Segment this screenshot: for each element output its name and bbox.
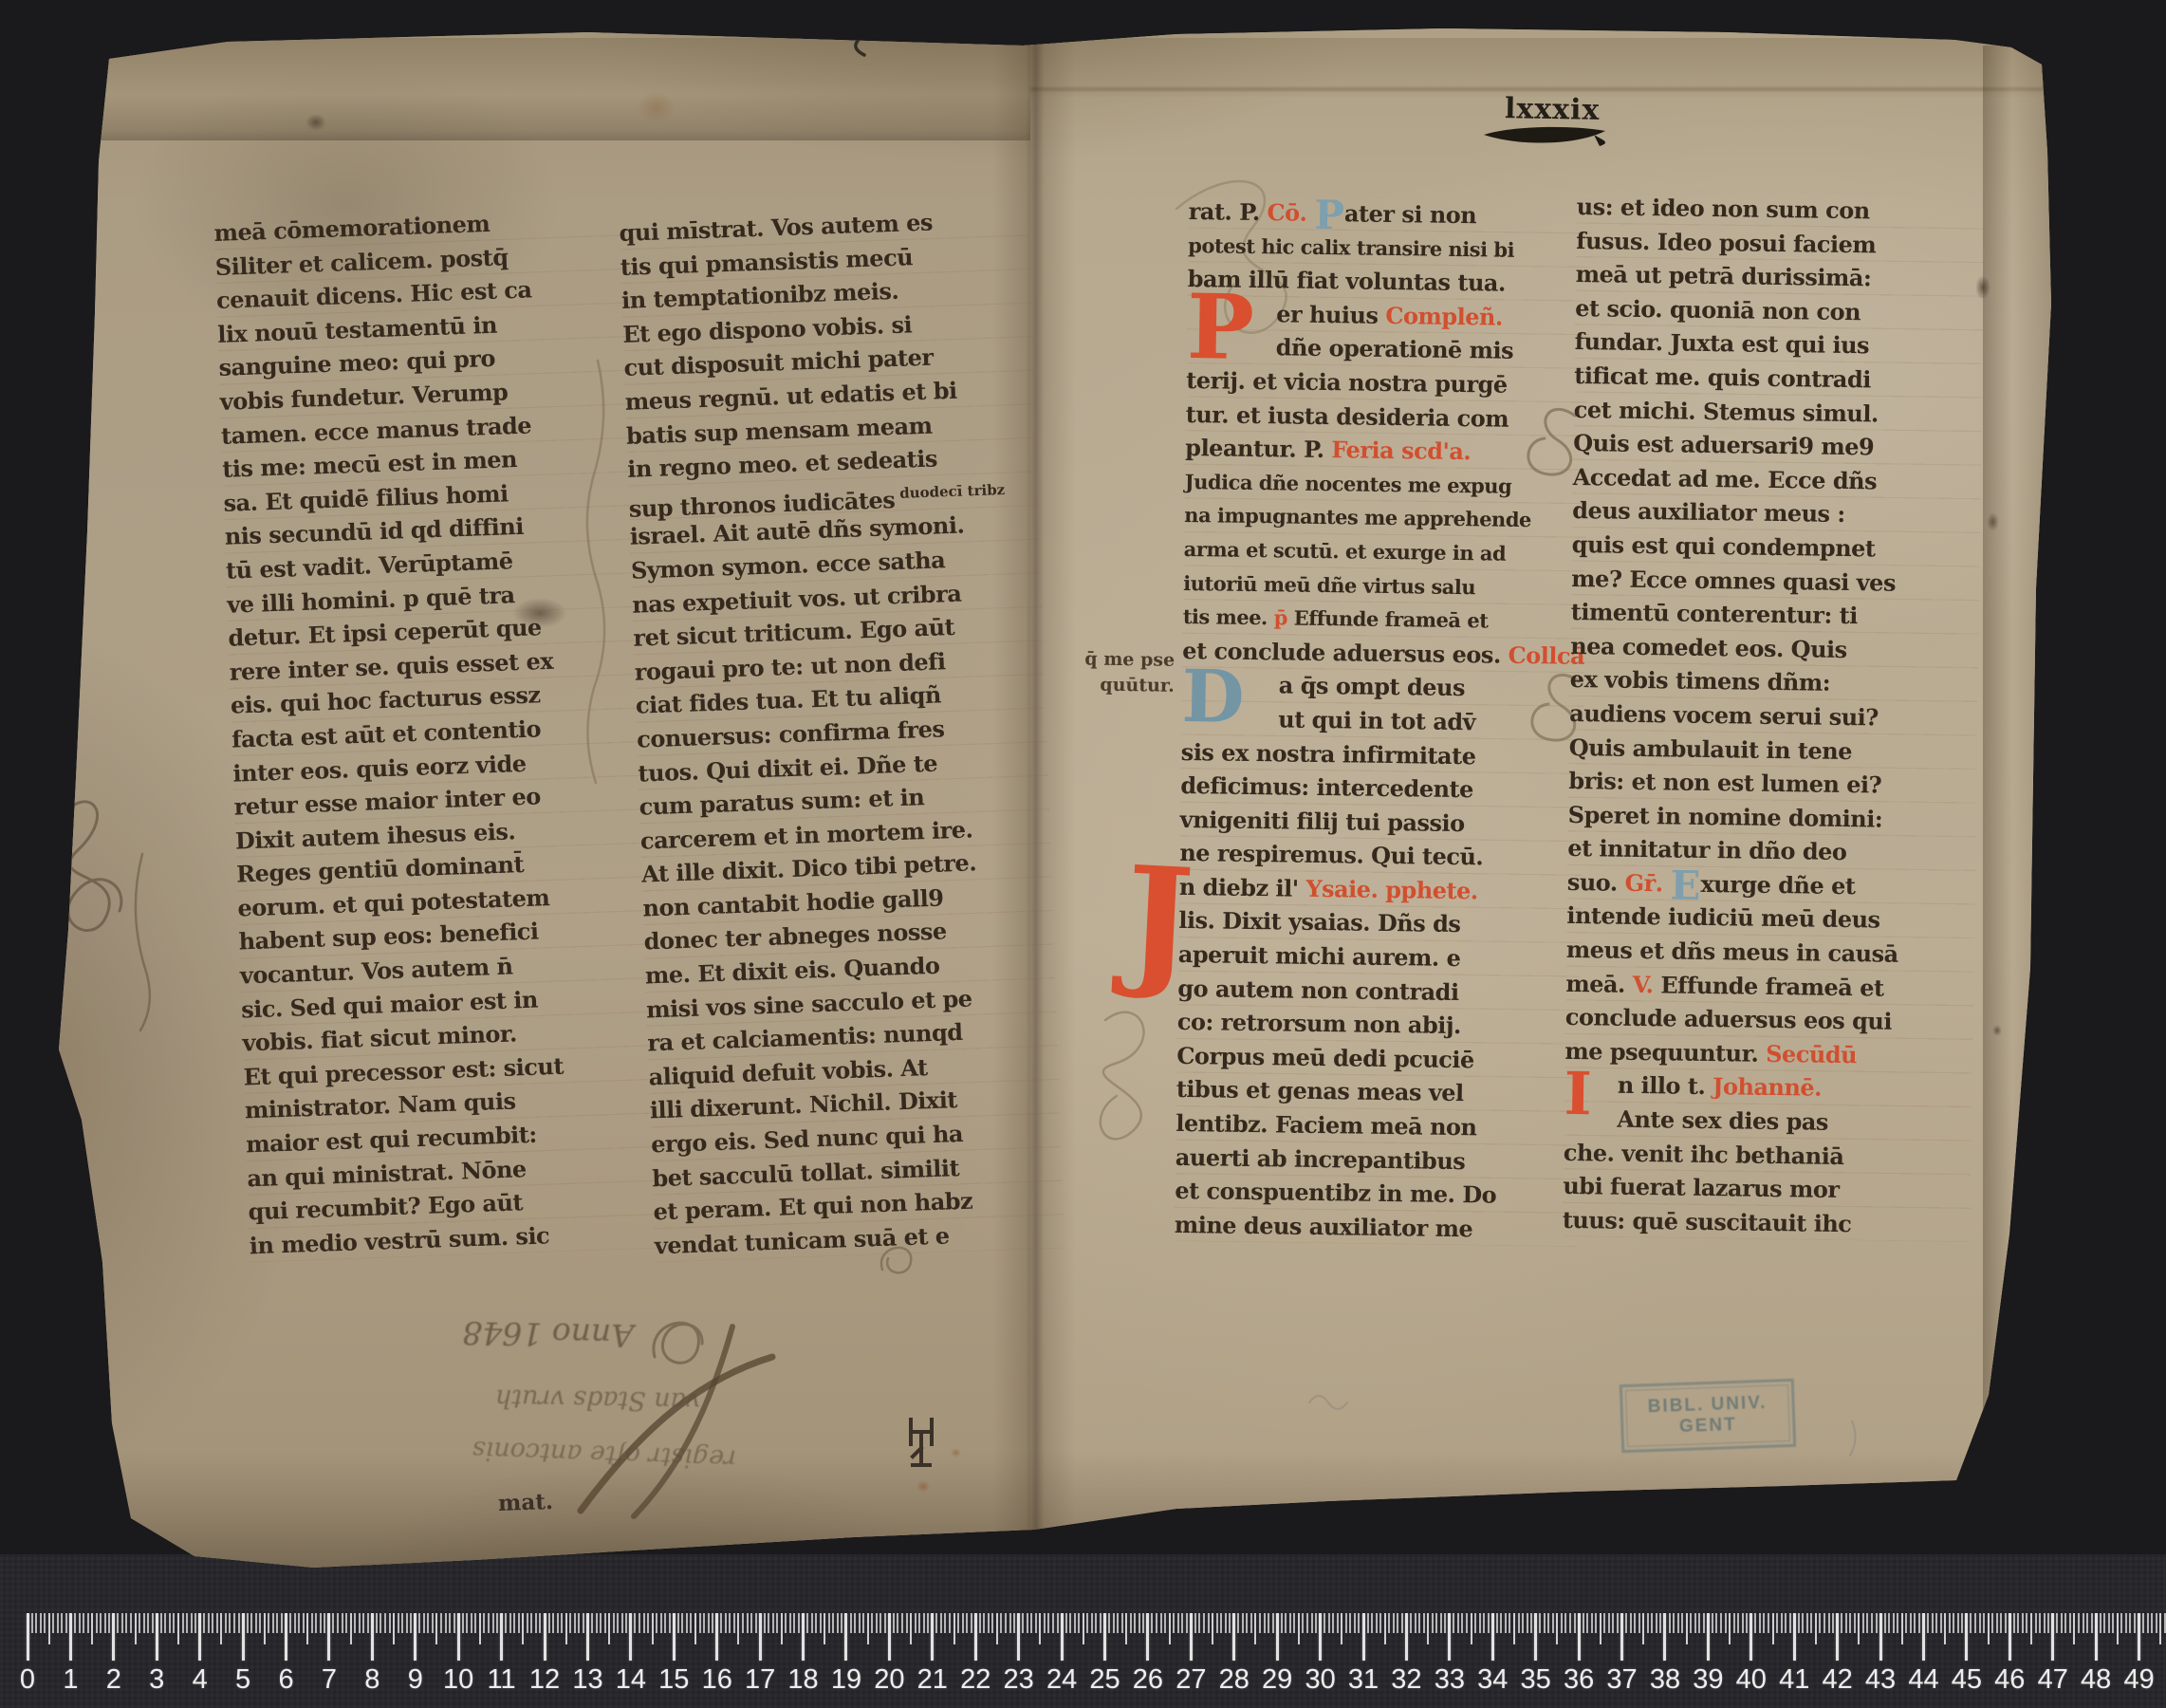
ruler-tick-mm: [173, 1613, 175, 1633]
body-text: Effunde frameā et: [1660, 971, 1884, 1001]
ruler-tick-mm: [664, 1613, 666, 1633]
ruler-tick-mm: [850, 1613, 852, 1633]
ruler-tick-mm: [854, 1613, 856, 1633]
ruler-tick-half-cm: [1427, 1613, 1429, 1644]
rubric-text: Cō.: [1267, 198, 1314, 227]
margin-initial-red: J: [1122, 847, 1196, 993]
ruler-tick-cm: [759, 1613, 762, 1661]
ruler-tick-mm: [1715, 1613, 1717, 1633]
ruler-tick-mm: [634, 1613, 636, 1633]
ruler-tick-mm: [1638, 1613, 1640, 1633]
ruler-tick-mm: [742, 1613, 744, 1633]
ruler-tick-mm: [776, 1613, 778, 1633]
body-text: co: retrorsum non abij.: [1177, 1008, 1461, 1039]
text-line: bam illū fiat voluntas tua.: [1188, 262, 1590, 302]
ruler-tick-mm: [1078, 1613, 1080, 1633]
ruler-tick-half-cm: [479, 1613, 481, 1644]
ruler-tick-mm: [332, 1613, 334, 1633]
ruler-tick-mm: [1423, 1613, 1425, 1633]
ruler-tick-mm: [147, 1613, 149, 1633]
text-line: In illo t. Johannē.: [1564, 1067, 1972, 1107]
ruler-tick-mm: [2091, 1613, 2093, 1633]
ruler-tick-mm: [1242, 1613, 1244, 1633]
ruler-tick-mm: [164, 1613, 166, 1633]
ruler-tick-half-cm: [824, 1613, 825, 1644]
text-line: et innitatur in dño deo: [1567, 831, 1975, 871]
ruler-tick-mm: [1617, 1613, 1619, 1633]
ruler-tick-mm: [1440, 1613, 1442, 1633]
ruler-tick-mm: [2035, 1613, 2037, 1633]
ruler-tick-mm: [2013, 1613, 2015, 1633]
ruler-tick-mm: [1884, 1613, 1886, 1633]
text-line: Da q̄s ompt deus: [1182, 667, 1584, 707]
ruler-tick-mm: [2039, 1613, 2041, 1633]
ruler-tick-mm: [1979, 1613, 1981, 1633]
ruler-tick-half-cm: [2159, 1613, 2161, 1644]
ruler-tick-mm: [1810, 1613, 1812, 1633]
ruler-tick-half-cm: [1298, 1613, 1300, 1644]
ruler-tick-mm: [1293, 1613, 1295, 1633]
pen-knot: [654, 1323, 702, 1363]
ruler-tick-mm: [2047, 1613, 2049, 1633]
ruler-tick-mm: [1410, 1613, 1412, 1633]
ruler-tick-mm: [971, 1613, 972, 1633]
ruler-tick-cm: [1620, 1613, 1623, 1661]
ruler-tick-mm: [1121, 1613, 1123, 1633]
ruler-tick-cm: [414, 1613, 417, 1661]
ruler-tick-mm: [1659, 1613, 1661, 1633]
ruler-tick-mm: [1500, 1613, 1502, 1633]
body-text: et conclude aduersus eos.: [1182, 637, 1509, 669]
ruler-tick-mm: [1694, 1613, 1696, 1633]
ruler-tick-mm: [1630, 1613, 1632, 1633]
ruler-tick-mm: [755, 1613, 757, 1633]
body-text: Effunde frameā et: [1293, 606, 1488, 633]
ruler-tick-mm: [1216, 1613, 1218, 1633]
ruler-tick-mm: [1220, 1613, 1222, 1633]
ruler-tick-mm: [1345, 1613, 1347, 1633]
ruler-tick-mm: [669, 1613, 671, 1633]
ruler-tick-mm: [876, 1613, 878, 1633]
ruler-tick-mm: [2017, 1613, 2019, 1633]
text-line: vnigeniti filij tui passio: [1180, 803, 1583, 843]
manuscript-bifolium: lxxxix meā cōmemorationemSiliter et cali…: [0, 0, 2166, 1708]
ruler-tick-mm: [208, 1613, 210, 1633]
ruler-tick-mm: [1496, 1613, 1498, 1633]
ruler-tick-mm: [1893, 1613, 1895, 1633]
ruler-tick-mm: [268, 1613, 269, 1633]
ruler-tick-mm: [65, 1613, 67, 1633]
ruler-tick-mm: [31, 1613, 33, 1633]
ruler-tick-mm: [1798, 1613, 1800, 1633]
ruler-tick-mm: [949, 1613, 951, 1633]
ruler-tick-mm: [2026, 1613, 2027, 1633]
ruler-tick-mm: [229, 1613, 231, 1633]
text-line: go autem non contradi: [1177, 972, 1580, 1012]
ruler-tick-mm: [449, 1613, 451, 1633]
ruler-tick-mm: [342, 1613, 343, 1633]
ruler-tick-mm: [194, 1613, 196, 1633]
ruler-tick-mm: [1027, 1613, 1028, 1633]
text-line: deus auxiliator meus :: [1572, 493, 1980, 533]
ruler-tick-mm: [1927, 1613, 1929, 1633]
ruler-tick-mm: [927, 1613, 929, 1633]
ruler-tick-mm: [1574, 1613, 1576, 1633]
ruler-tick-half-cm: [393, 1613, 395, 1644]
ruler-tick-mm: [186, 1613, 188, 1633]
ruler-tick-mm: [747, 1613, 749, 1633]
ruler-tick-mm: [1918, 1613, 1920, 1633]
text-line: cet michi. Stemus simul.: [1574, 393, 1982, 433]
ruler-tick-mm: [40, 1613, 42, 1633]
ruler-tick-cm: [1663, 1613, 1666, 1661]
ruler-tick-cm: [112, 1613, 115, 1661]
ruler-tick-mm: [1583, 1613, 1584, 1633]
ruler-tick-mm: [660, 1613, 662, 1633]
ruler-tick-mm: [1065, 1613, 1067, 1633]
ruler-tick-mm: [1415, 1613, 1416, 1633]
ruler-tick-half-cm: [1083, 1613, 1084, 1644]
ruler-tick-mm: [2108, 1613, 2110, 1633]
decorated-initial: I: [1564, 1067, 1618, 1134]
ruler-tick-mm: [811, 1613, 813, 1633]
ruler-tick-mm: [720, 1613, 722, 1633]
ruler-tick-mm: [259, 1613, 261, 1633]
body-text: meus et dñs meus in causā: [1566, 936, 1898, 968]
body-text: timentū conterentur: ti: [1571, 598, 1858, 629]
ruler-tick-mm: [686, 1613, 688, 1633]
ruler-tick-mm: [962, 1613, 964, 1633]
body-text: ubi fuerat lazarus mor: [1563, 1172, 1840, 1203]
ruler-tick-mm: [940, 1613, 942, 1633]
ruler-tick-mm: [1160, 1613, 1162, 1633]
ruler-tick-mm: [647, 1613, 649, 1633]
text-line: meā ut petrā durissimā:: [1576, 257, 1984, 297]
body-text: dñe operationē mis: [1276, 334, 1514, 364]
ruler-tick-mm: [1656, 1613, 1657, 1633]
text-line: Accedat ad me. Ecce dñs: [1573, 460, 1981, 500]
ruler-tick-mm: [289, 1613, 291, 1633]
ruler-tick-mm: [401, 1613, 403, 1633]
ruler-tick-mm: [216, 1613, 218, 1633]
ruler-tick-mm: [2112, 1613, 2114, 1633]
ruler-tick-mm: [1970, 1613, 1972, 1633]
ruler-tick-mm: [1358, 1613, 1360, 1633]
ruler-tick-mm: [1935, 1613, 1937, 1633]
ruler-tick-mm: [160, 1613, 162, 1633]
body-text: er huius: [1276, 300, 1386, 329]
ruler-tick-mm: [1703, 1613, 1705, 1633]
pencil-mark: [1309, 1396, 1347, 1409]
ruler-tick-cm: [2051, 1613, 2054, 1661]
text-line: Quis est aduersari9 me9: [1573, 426, 1981, 466]
ruler-tick-cm: [844, 1613, 847, 1661]
ruler-tick-mm: [1095, 1613, 1097, 1633]
body-text: et conspuentibz in me. Do: [1175, 1177, 1496, 1209]
ruler-tick-mm: [639, 1613, 640, 1633]
body-text: audiens vocem serui sui?: [1569, 699, 1879, 732]
ruler-tick-cm: [1190, 1613, 1193, 1661]
ruler-tick-mm: [423, 1613, 425, 1633]
ruler-tick-mm: [418, 1613, 420, 1633]
ruler-tick-mm: [1669, 1613, 1671, 1633]
ruler-tick-cm: [285, 1613, 287, 1661]
ruler-tick-mm: [1552, 1613, 1554, 1633]
ruler-tick-mm: [1824, 1613, 1825, 1633]
ruler-tick-mm: [1435, 1613, 1437, 1633]
ruler-tick-mm: [1651, 1613, 1653, 1633]
body-text: fundar. Juxta est qui ius: [1575, 327, 1870, 359]
body-text: suo.: [1567, 868, 1625, 897]
rubric-text: Feria scd'a.: [1331, 436, 1471, 465]
ruler-tick-half-cm: [910, 1613, 912, 1644]
ruler-tick-mm: [1354, 1613, 1356, 1633]
ruler-tick-mm: [1781, 1613, 1783, 1633]
body-text: ex vobis timens dñm:: [1570, 665, 1831, 696]
ruler-tick-mm: [483, 1613, 485, 1633]
text-line: et conclude aduersus eos. Collcā: [1182, 634, 1584, 674]
body-text: qui recumbit? Ego aūt: [248, 1188, 523, 1225]
ruler-tick-mm: [2120, 1613, 2122, 1633]
ruler-tick-mm: [2083, 1613, 2084, 1633]
ruler-tick-mm: [552, 1613, 554, 1633]
ruler-tick-mm: [1057, 1613, 1059, 1633]
ruler-tick-mm: [1974, 1613, 1976, 1633]
text-line: ne respiremus. Qui tecū.: [1179, 836, 1582, 876]
ruler-tick-cm: [198, 1613, 201, 1661]
ruler-tick-mm: [1819, 1613, 1821, 1633]
body-text: Quis ambulauit in tene: [1569, 733, 1853, 764]
ruler-tick-cm: [1103, 1613, 1106, 1661]
ruler-tick-mm: [1186, 1613, 1188, 1633]
text-line: tificat me. quis contradi: [1574, 359, 1982, 399]
ruler-tick-mm: [1905, 1613, 1907, 1633]
ruler-tick-mm: [574, 1613, 576, 1633]
ruler-tick-half-cm: [1556, 1613, 1558, 1644]
body-text: et scio. quoniā non con: [1575, 294, 1861, 325]
ruler-tick-mm: [1897, 1613, 1898, 1633]
ruler-tick-mm: [1832, 1613, 1834, 1633]
ruler-tick-half-cm: [1944, 1613, 1946, 1644]
ruler-tick-mm: [1763, 1613, 1765, 1633]
ruler-tick-mm: [1030, 1613, 1032, 1633]
ruler-tick-mm: [1035, 1613, 1037, 1633]
body-text: us: et ideo non sum con: [1577, 193, 1870, 224]
ruler-tick-cm: [1362, 1613, 1365, 1661]
ruler-tick-cm: [888, 1613, 891, 1661]
ruler-tick-mm: [859, 1613, 861, 1633]
ruler-tick-mm: [1005, 1613, 1007, 1633]
ruler-tick-mm: [2103, 1613, 2105, 1633]
ruler-tick-mm: [2000, 1613, 2002, 1633]
body-text: nea comedet eos. Quis: [1570, 632, 1847, 663]
ruler-tick-mm: [690, 1613, 692, 1633]
ruler-tick-mm: [1376, 1613, 1378, 1633]
photo-canvas: lxxxix meā cōmemorationemSiliter et cali…: [0, 0, 2166, 1708]
ruler-tick-cm: [1319, 1613, 1322, 1661]
ruler-tick-cm: [544, 1613, 546, 1661]
ruler-tick-mm: [1225, 1613, 1227, 1633]
ruler-tick-mm: [1285, 1613, 1287, 1633]
ruler-tick-mm: [915, 1613, 916, 1633]
ruler-tick-mm: [2151, 1613, 2153, 1633]
ruler-tick-mm: [1156, 1613, 1157, 1633]
ruler-tick-mm: [1393, 1613, 1395, 1633]
text-line: Per huius Compleñ.: [1187, 296, 1589, 336]
ruler-tick-mm: [1022, 1613, 1024, 1633]
ruler-tick-mm: [1069, 1613, 1071, 1633]
ruler-tick-mm: [815, 1613, 817, 1633]
body-text: aperuit michi aurem. e: [1178, 940, 1461, 972]
ruler-tick-mm: [1564, 1613, 1566, 1633]
ruler-tick-mm: [1418, 1613, 1420, 1633]
ruler-tick-mm: [820, 1613, 822, 1633]
ruler-tick-mm: [527, 1613, 528, 1633]
ruler-tick-mm: [708, 1613, 710, 1633]
ruler-tick-mm: [1957, 1613, 1959, 1633]
marginal-note: q̄ me pse quūtur.: [1066, 646, 1176, 699]
text-line: meā. V. Effunde frameā et: [1565, 967, 1973, 1007]
ruler-tick-mm: [837, 1613, 839, 1633]
text-line: tis mee. p̄ Effunde frameā et: [1183, 600, 1585, 640]
ruler-tick-mm: [1229, 1613, 1231, 1633]
ruler-tick-mm: [1518, 1613, 1520, 1633]
ruler-tick-mm: [699, 1613, 701, 1633]
ruler-tick-mm: [410, 1613, 412, 1633]
text-column-left-a: meā cōmemorationemSiliter et calicem. po…: [213, 202, 659, 1263]
body-text: cet michi. Stemus simul.: [1574, 396, 1879, 427]
ruler: 0123456789101112131415161718192021222324…: [0, 1613, 2166, 1708]
ink-swash: [634, 1327, 732, 1516]
ruler-tick-mm: [2129, 1613, 2131, 1633]
body-text: deficimus: intercedente: [1180, 771, 1473, 803]
text-line: meus et dñs meus in causā: [1566, 933, 1974, 973]
ruler-tick-mm: [2061, 1613, 2063, 1633]
text-line: tuus: quē suscitauit ihc: [1563, 1203, 1971, 1243]
text-line: arma et scutū. et exurge in ad: [1184, 532, 1586, 572]
ruler-tick-half-cm: [306, 1613, 308, 1644]
ruler-tick-cm: [69, 1613, 72, 1661]
ruler-tick-cm: [242, 1613, 245, 1661]
ruler-tick-cm: [974, 1613, 977, 1661]
ruler-tick-mm: [1306, 1613, 1308, 1633]
ruler-tick-mm: [530, 1613, 532, 1633]
ruler-tick-cm: [1836, 1613, 1839, 1661]
ruler-tick-mm: [1328, 1613, 1330, 1633]
ruler-tick-mm: [376, 1613, 378, 1633]
ruler-tick-mm: [1259, 1613, 1261, 1633]
ruler-tick-mm: [2022, 1613, 2024, 1633]
ruler-tick-mm: [1608, 1613, 1610, 1633]
pen-scribble-left-edge: [57, 802, 121, 931]
text-line: Quis ambulauit in tene: [1569, 730, 1977, 770]
ruler-tick-mm: [1444, 1613, 1446, 1633]
ruler-tick-mm: [1996, 1613, 1998, 1633]
ruler-tick-mm: [1479, 1613, 1481, 1633]
ruler-tick-mm: [74, 1613, 76, 1633]
ruler-tick-mm: [750, 1613, 752, 1633]
text-line: tur. et iusta desideria com: [1186, 398, 1588, 437]
ruler-tick-half-cm: [1686, 1613, 1688, 1644]
ruler-tick-mm: [1910, 1613, 1912, 1633]
ruler-tick-cm: [629, 1613, 632, 1661]
ruler-tick-mm: [311, 1613, 313, 1633]
ruler-tick-cm: [931, 1613, 934, 1661]
ruler-tick-half-cm: [694, 1613, 696, 1644]
ruler-tick-mm: [1237, 1613, 1239, 1633]
ruler-tick-mm: [828, 1613, 830, 1633]
ruler-tick-mm: [1725, 1613, 1727, 1633]
ruler-tick-mm: [832, 1613, 834, 1633]
ruler-tick-mm: [1091, 1613, 1093, 1633]
ruler-tick-half-cm: [1254, 1613, 1256, 1644]
ruler-tick-half-cm: [737, 1613, 739, 1644]
ruler-tick-half-cm: [1513, 1613, 1515, 1644]
ruler-tick-mm: [906, 1613, 908, 1633]
ruler-tick-mm: [2147, 1613, 2149, 1633]
ruler-tick-half-cm: [1988, 1613, 1990, 1644]
ruler-tick-mm: [966, 1613, 968, 1633]
ruler-tick-mm: [918, 1613, 920, 1633]
ruler-tick-mm: [1371, 1613, 1373, 1633]
ruler-tick-cm: [1146, 1613, 1149, 1661]
ruler-tick-cm: [1232, 1613, 1235, 1661]
ruler-tick-mm: [1759, 1613, 1761, 1633]
ruler-tick-mm: [600, 1613, 602, 1633]
ruler-tick-mm: [1086, 1613, 1088, 1633]
ruler-tick-mm: [272, 1613, 274, 1633]
ruler-tick-mm: [893, 1613, 895, 1633]
ruler-tick-mm: [1208, 1613, 1210, 1633]
ruler-tick-cm: [1879, 1613, 1882, 1661]
body-text: lentibz. Faciem meā non: [1176, 1109, 1477, 1141]
body-text: quis est qui condempnet: [1572, 530, 1876, 562]
ruler-tick-mm: [1337, 1613, 1339, 1633]
ruler-tick-cm: [457, 1613, 460, 1661]
ruler-tick-mm: [1151, 1613, 1153, 1633]
ruler-tick-mm: [935, 1613, 937, 1633]
ruler-tick-mm: [1203, 1613, 1205, 1633]
ruler-tick-mm: [1000, 1613, 1002, 1633]
ruler-tick-mm: [712, 1613, 713, 1633]
ruler-tick-mm: [1052, 1613, 1054, 1633]
ruler-tick-mm: [1457, 1613, 1459, 1633]
text-line: potest hic calix transire nisi bi: [1188, 229, 1590, 269]
ruler-tick-mm: [1388, 1613, 1390, 1633]
ruler-tick-mm: [362, 1613, 364, 1633]
ruler-tick-mm: [182, 1613, 184, 1633]
rubric-text: V.: [1633, 971, 1661, 998]
text-line: us: et ideo non sum con: [1577, 190, 1985, 230]
ruler-tick-mm: [764, 1613, 766, 1633]
body-text: arma et scutū. et exurge in ad: [1184, 537, 1507, 566]
ruler-tick-mm: [108, 1613, 110, 1633]
body-text: Speret in nomine domini:: [1568, 801, 1883, 833]
body-text: Quis est aduersari9 me9: [1573, 429, 1874, 460]
ruler-tick-mm: [1013, 1613, 1015, 1633]
ruler-tick-mm: [1173, 1613, 1175, 1633]
body-text: auerti ab increpantibus: [1176, 1143, 1466, 1175]
text-line: iutoriū meū dñe virtus salu: [1183, 566, 1585, 605]
ruler-tick-mm: [1712, 1613, 1713, 1633]
ruler-tick-mm: [79, 1613, 81, 1633]
ruler-tick-mm: [367, 1613, 369, 1633]
ruler-tick-mm: [1483, 1613, 1485, 1633]
ruler-tick-half-cm: [435, 1613, 437, 1644]
ruler-tick-mm: [793, 1613, 795, 1633]
ruler-tick-mm: [1530, 1613, 1532, 1633]
ruler-tick-half-cm: [91, 1613, 93, 1644]
